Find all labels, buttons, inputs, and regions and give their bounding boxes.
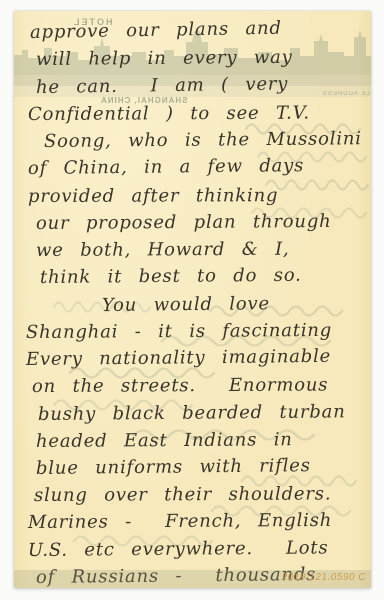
handwritten-line: our proposed plan through: [36, 210, 332, 236]
handwritten-line: of China, in a few days: [28, 154, 304, 181]
handwritten-line: You would love: [102, 292, 270, 318]
handwritten-line: Every nationality imaginable: [26, 345, 331, 372]
handwritten-line: approve our plans and: [30, 17, 282, 45]
handwritten-line: U.S. etc everywhere. Lots: [28, 536, 329, 563]
handwritten-line: slung over their shoulders.: [34, 482, 331, 508]
handwritten-line: bushy black bearded turban: [38, 400, 346, 427]
handwritten-line: we both, Howard & I,: [36, 238, 290, 263]
handwritten-line: blue uniforms with rifles: [36, 454, 311, 481]
handwritten-line: he can. I am ( very: [36, 72, 289, 100]
accession-number: 2019.121.0590 C: [282, 572, 366, 583]
handwritten-line: Confidential ) to see T.V.: [28, 102, 310, 127]
handwritten-line: provided after thinking: [28, 184, 278, 209]
handwritten-line: Marines - French, English: [28, 509, 332, 535]
bleed-cable-address-text: CABLE ADDRESS: [322, 91, 371, 97]
handwritten-line: will help in every way: [36, 46, 293, 72]
handwritten-line: think it best to do so.: [40, 264, 302, 290]
handwritten-line: headed East Indians in: [36, 428, 293, 454]
handwritten-line: Soong, who is the Mussolini: [44, 127, 362, 154]
handwritten-line: Shanghai - it is fascinating: [26, 319, 332, 345]
handwritten-line: on the streets. Enormous: [32, 373, 328, 399]
scan-background: HOTEL CABLE ADDRESS SHANGHAI, CHINA: [0, 0, 384, 600]
letter-page: HOTEL CABLE ADDRESS SHANGHAI, CHINA: [14, 11, 371, 588]
